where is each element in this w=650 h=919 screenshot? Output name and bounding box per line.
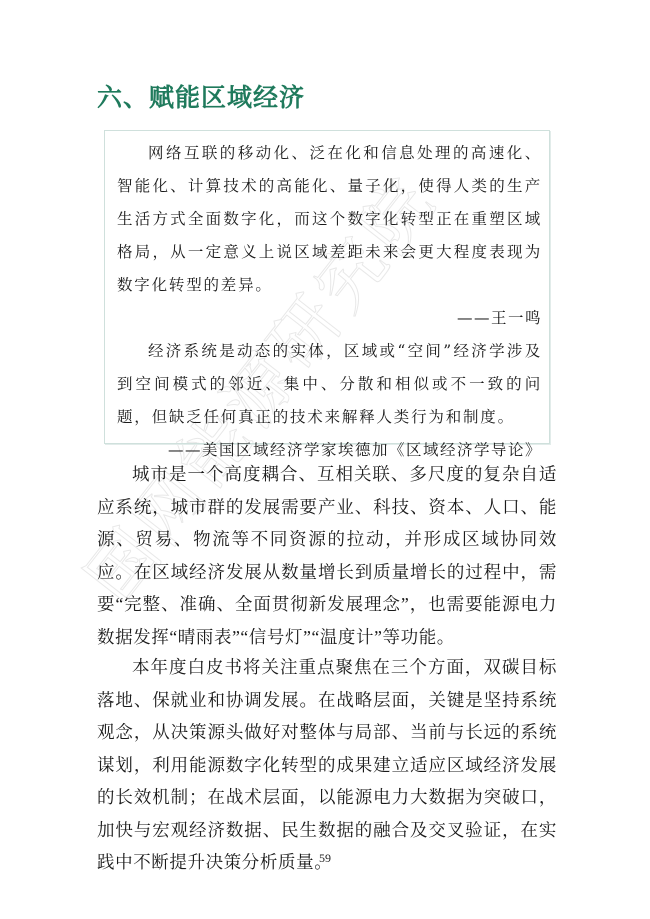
epigraph-box: 网络互联的移动化、泛在化和信息处理的高速化、智能化、计算技术的高能化、量子化，使… (104, 130, 550, 444)
document-page: 国网能源研究院 六、赋能区域经济 网络互联的移动化、泛在化和信息处理的高速化、智… (0, 0, 650, 919)
body-paragraph-2: 本年度白皮书将关注重点聚焦在三个方面，双碳目标落地、保就业和协调发展。在战略层面… (97, 651, 557, 879)
epigraph-quote-1: 网络互联的移动化、泛在化和信息处理的高速化、智能化、计算技术的高能化、量子化，使… (117, 137, 542, 302)
epigraph-attribution-1: ——王一鸣 (117, 302, 542, 335)
body-paragraph-1: 城市是一个高度耦合、互相关联、多尺度的复杂自适应系统，城市群的发展需要产业、科技… (97, 458, 557, 653)
page-number: 59 (0, 851, 650, 866)
section-title: 六、赋能区域经济 (97, 80, 305, 116)
epigraph-quote-2: 经济系统是动态的实体，区域或“空间”经济学涉及到空间模式的邻近、集中、分散和相似… (117, 335, 542, 434)
